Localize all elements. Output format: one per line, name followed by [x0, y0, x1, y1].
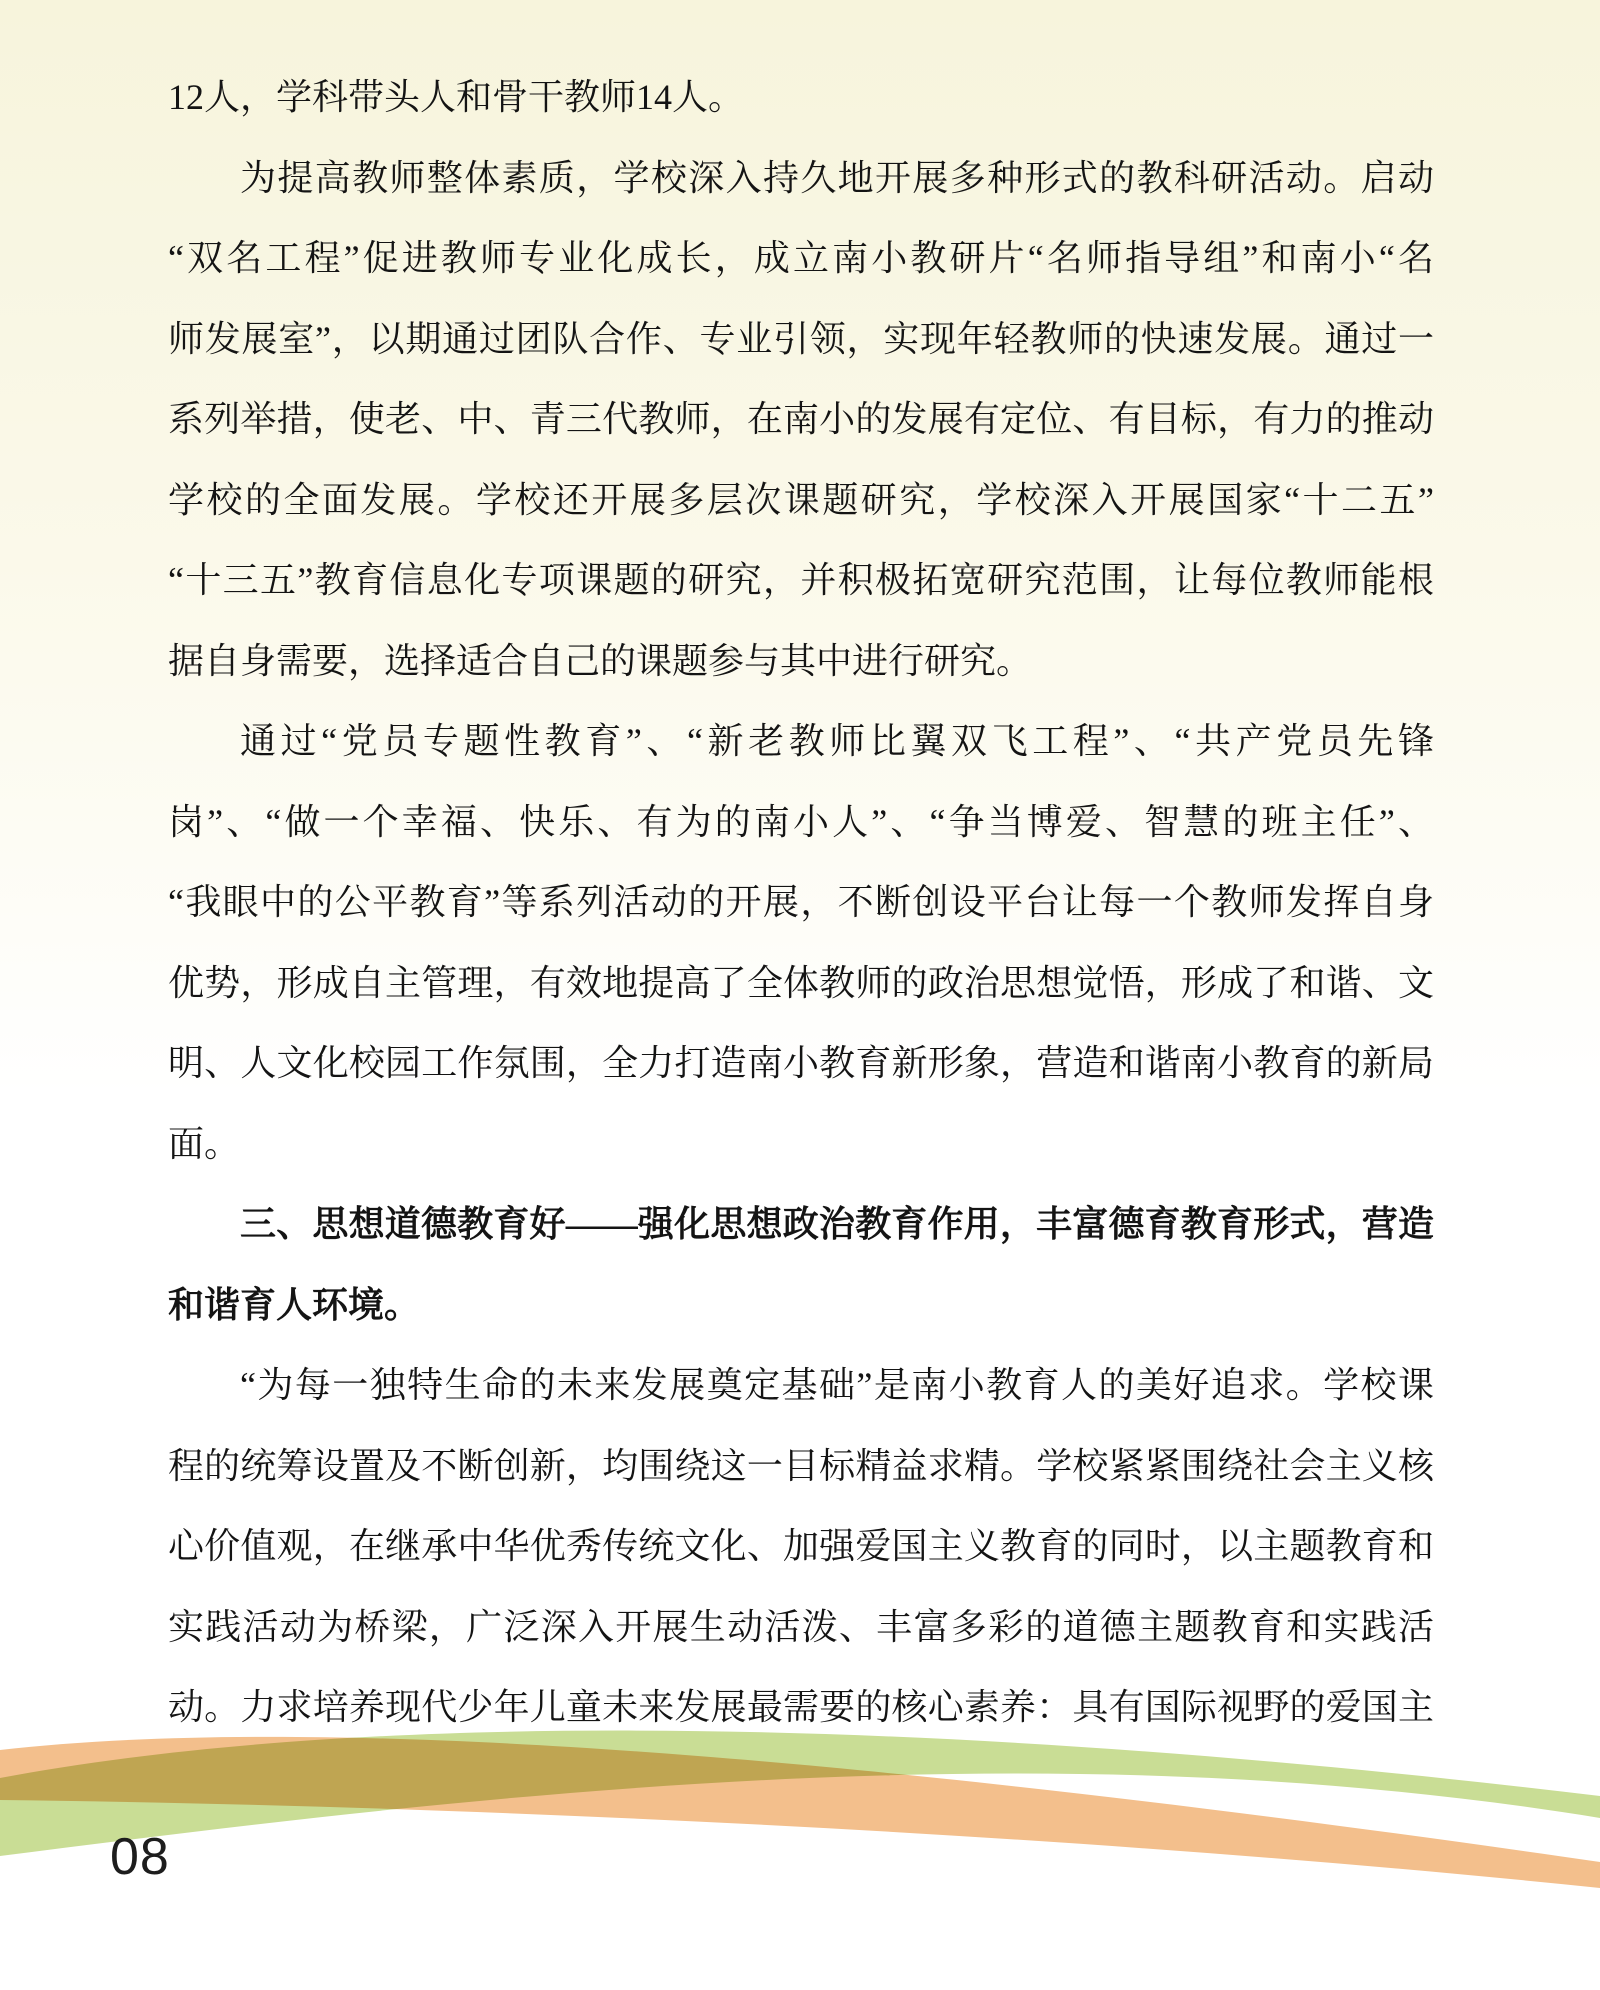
text-line: 岗”、“做一个幸福、快乐、有为的南小人”、“争当博爱、智慧的班主任”、	[168, 782, 1434, 863]
text-line: 12人，学科带头人和骨干教师14人。	[168, 57, 1434, 138]
text-line: “为每一独特生命的未来发展奠定基础”是南小教育人的美好追求。学校课	[168, 1345, 1434, 1426]
text-line: 实践活动为桥梁，广泛深入开展生动活泼、丰富多彩的道德主题教育和实践活	[168, 1587, 1434, 1668]
text-line: 系列举措，使老、中、青三代教师，在南小的发展有定位、有目标，有力的推动	[168, 379, 1434, 460]
text-line: “十三五”教育信息化专项课题的研究，并积极拓宽研究范围，让每位教师能根	[168, 540, 1434, 621]
section-heading: 三、思想道德教育好——强化思想政治教育作用，丰富德育教育形式，营造 和谐育人环境…	[168, 1184, 1434, 1345]
text-line: “我眼中的公平教育”等系列活动的开展，不断创设平台让每一个教师发挥自身	[168, 862, 1434, 943]
text-line: 优势，形成自主管理，有效地提高了全体教师的政治思想觉悟，形成了和谐、文	[168, 943, 1434, 1024]
text-line: 学校的全面发展。学校还开展多层次课题研究，学校深入开展国家“十二五”	[168, 460, 1434, 541]
text-line: 为提高教师整体素质，学校深入持久地开展多种形式的教科研活动。启动	[168, 138, 1434, 219]
text-line: 程的统筹设置及不断创新，均围绕这一目标精益求精。学校紧紧围绕社会主义核	[168, 1426, 1434, 1507]
paragraph: 12人，学科带头人和骨干教师14人。	[168, 57, 1434, 138]
footer-wave-decoration	[0, 1700, 1600, 1990]
paragraph: “为每一独特生命的未来发展奠定基础”是南小教育人的美好追求。学校课 程的统筹设置…	[168, 1345, 1434, 1748]
document-text-block: 12人，学科带头人和骨干教师14人。 为提高教师整体素质，学校深入持久地开展多种…	[168, 0, 1434, 1748]
paragraph: 为提高教师整体素质，学校深入持久地开展多种形式的教科研活动。启动 “双名工程”促…	[168, 138, 1434, 702]
text-line: 通过“党员专题性教育”、“新老教师比翼双飞工程”、“共产党员先锋	[168, 701, 1434, 782]
paragraph: 通过“党员专题性教育”、“新老教师比翼双飞工程”、“共产党员先锋 岗”、“做一个…	[168, 701, 1434, 1184]
page-number: 08	[110, 1831, 170, 1883]
section-heading-line: 三、思想道德教育好——强化思想政治教育作用，丰富德育教育形式，营造	[168, 1184, 1434, 1265]
text-line: 心价值观，在继承中华优秀传统文化、加强爱国主义教育的同时，以主题教育和	[168, 1506, 1434, 1587]
text-line: 据自身需要，选择适合自己的课题参与其中进行研究。	[168, 621, 1434, 702]
text-line: “双名工程”促进教师专业化成长，成立南小教研片“名师指导组”和南小“名	[168, 218, 1434, 299]
text-line: 师发展室”，以期通过团队合作、专业引领，实现年轻教师的快速发展。通过一	[168, 299, 1434, 380]
section-heading-line: 和谐育人环境。	[168, 1265, 1434, 1346]
text-line: 明、人文化校园工作氛围，全力打造南小教育新形象，营造和谐南小教育的新局	[168, 1023, 1434, 1104]
text-line: 面。	[168, 1104, 1434, 1185]
